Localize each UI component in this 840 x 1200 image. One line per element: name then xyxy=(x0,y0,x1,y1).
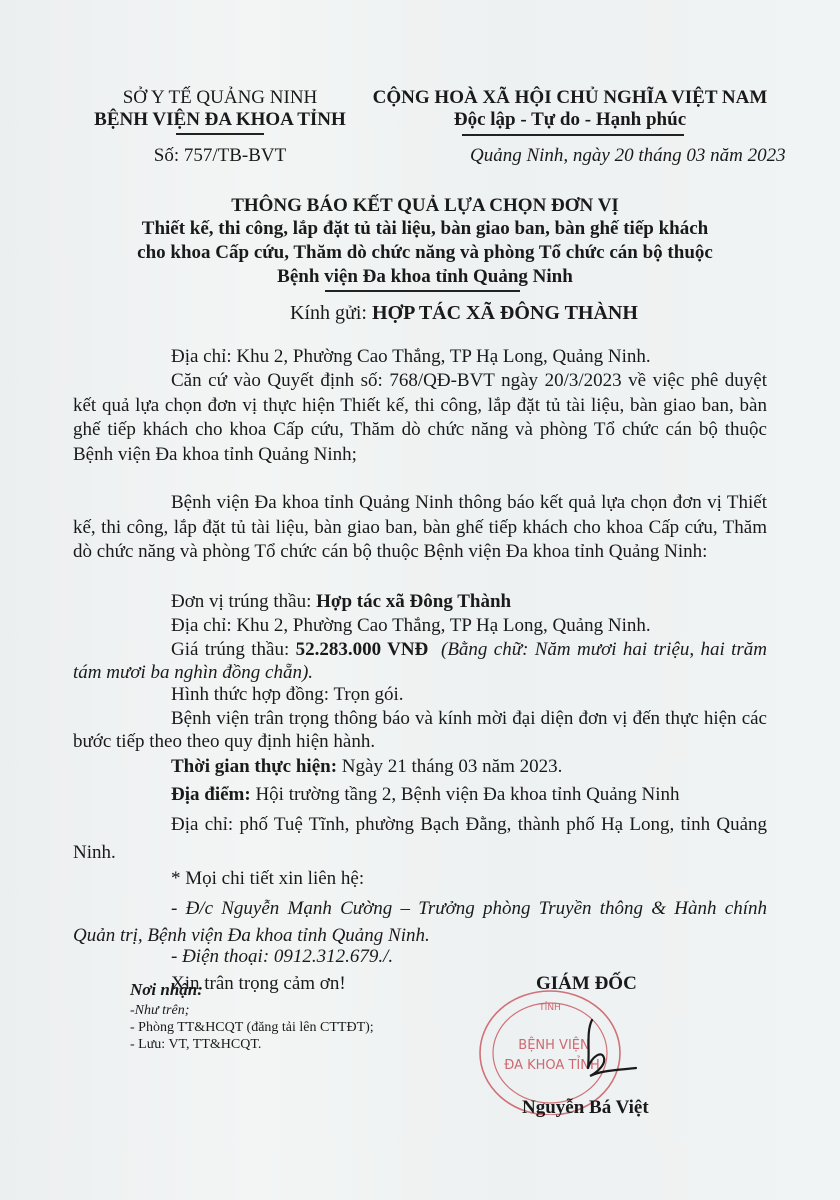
contact-person-paragraph: - Đ/c Nguyễn Mạnh Cường – Trưởng phòng T… xyxy=(73,895,767,949)
announcement-text: Bệnh viện Đa khoa tỉnh Quảng Ninh thông … xyxy=(73,492,767,562)
recipient-label: Kính gửi: xyxy=(290,302,372,324)
winner-address: Địa chỉ: Khu 2, Phường Cao Thắng, TP Hạ … xyxy=(171,614,651,637)
venue-address-paragraph: Địa chỉ: phố Tuệ Tĩnh, phường Bạch Đằng,… xyxy=(73,811,767,867)
invitation-text: Bệnh viện trân trọng thông báo và kính m… xyxy=(73,708,767,752)
time-label: Thời gian thực hiện: xyxy=(171,756,337,777)
contract-type: Hình thức hợp đồng: Trọn gói. xyxy=(171,683,404,706)
recipients-heading: Nơi nhận: xyxy=(130,980,203,1000)
announcement-paragraph: Bệnh viện Đa khoa tỉnh Quảng Ninh thông … xyxy=(73,491,767,565)
price-paragraph: Giá trúng thầu: 52.283.000 VNĐ (Bằng chữ… xyxy=(73,638,767,684)
notice-subtitle-1: Thiết kế, thi công, lắp đặt tủ tài liệu,… xyxy=(60,216,790,241)
title-rule xyxy=(325,290,520,292)
recipient-name: HỢP TÁC XÃ ĐÔNG THÀNH xyxy=(372,302,638,324)
legal-basis-paragraph: Căn cứ vào Quyết định số: 768/QĐ-BVT ngà… xyxy=(73,369,767,467)
notice-subtitle-3: Bệnh viện Đa khoa tỉnh Quảng Ninh xyxy=(60,264,790,289)
document-number: Số: 757/TB-BVT xyxy=(75,145,365,167)
winner-line: Đơn vị trúng thầu: Hợp tác xã Đông Thành xyxy=(171,590,511,613)
winner-label: Đơn vị trúng thầu: xyxy=(171,591,316,612)
recipients-item: -Như trên; xyxy=(130,1002,189,1019)
price-value: 52.283.000 VNĐ xyxy=(296,639,429,660)
price-label: Giá trúng thầu: xyxy=(171,639,296,660)
time-line: Thời gian thực hiện: Ngày 21 tháng 03 nă… xyxy=(171,755,562,778)
header-right-rule xyxy=(462,134,684,136)
time-value: Ngày 21 tháng 03 năm 2023. xyxy=(337,756,562,777)
national-motto: Độc lập - Tự do - Hạnh phúc xyxy=(370,109,770,131)
venue-label: Địa điểm: xyxy=(171,784,251,805)
stamp-line-1: BỆNH VIỆN xyxy=(518,1037,589,1053)
signature-icon xyxy=(580,1010,640,1090)
recipient-address: Địa chỉ: Khu 2, Phường Cao Thắng, TP Hạ … xyxy=(171,345,651,368)
venue-line: Địa điểm: Hội trường tầng 2, Bệnh viện Đ… xyxy=(171,783,679,806)
invitation-paragraph: Bệnh viện trân trọng thông báo và kính m… xyxy=(73,707,767,753)
venue-value: Hội trường tầng 2, Bệnh viện Đa khoa tỉn… xyxy=(251,784,680,805)
issuing-hospital: BỆNH VIỆN ĐA KHOA TỈNH xyxy=(75,109,365,131)
recipients-item: - Phòng TT&HCQT (đăng tải lên CTTĐT); xyxy=(130,1019,374,1036)
recipients-item: - Lưu: VT, TT&HCQT. xyxy=(130,1036,261,1053)
signatory-title: GIÁM ĐỐC xyxy=(536,973,637,995)
contact-person-text: - Đ/c Nguyễn Mạnh Cường – Trưởng phòng T… xyxy=(73,898,767,946)
issuing-department: SỞ Y TẾ QUẢNG NINH xyxy=(75,87,365,109)
contact-phone: - Điện thoại: 0912.312.679./. xyxy=(171,945,393,968)
national-title: CỘNG HOÀ XÃ HỘI CHỦ NGHĨA VIỆT NAM xyxy=(370,87,770,109)
place-date: Quảng Ninh, ngày 20 tháng 03 năm 2023 xyxy=(470,145,786,167)
legal-basis-text: Căn cứ vào Quyết định số: 768/QĐ-BVT ngà… xyxy=(73,370,767,465)
recipient-line: Kính gửi: HỢP TÁC XÃ ĐÔNG THÀNH xyxy=(290,302,638,325)
header-left-rule xyxy=(176,133,264,135)
signatory-name: Nguyễn Bá Việt xyxy=(522,1097,649,1119)
document-page: SỞ Y TẾ QUẢNG NINH BỆNH VIỆN ĐA KHOA TỈN… xyxy=(0,0,840,1200)
contact-heading: * Mọi chi tiết xin liên hệ: xyxy=(171,867,364,890)
winner-name: Hợp tác xã Đông Thành xyxy=(316,591,511,612)
notice-subtitle-2: cho khoa Cấp cứu, Thăm dò chức năng và p… xyxy=(60,240,790,265)
stamp-top-text: TỈNH xyxy=(538,1001,561,1013)
notice-title: THÔNG BÁO KẾT QUẢ LỰA CHỌN ĐƠN VỊ xyxy=(60,193,790,218)
venue-address-text: Địa chỉ: phố Tuệ Tĩnh, phường Bạch Đằng,… xyxy=(73,814,767,863)
